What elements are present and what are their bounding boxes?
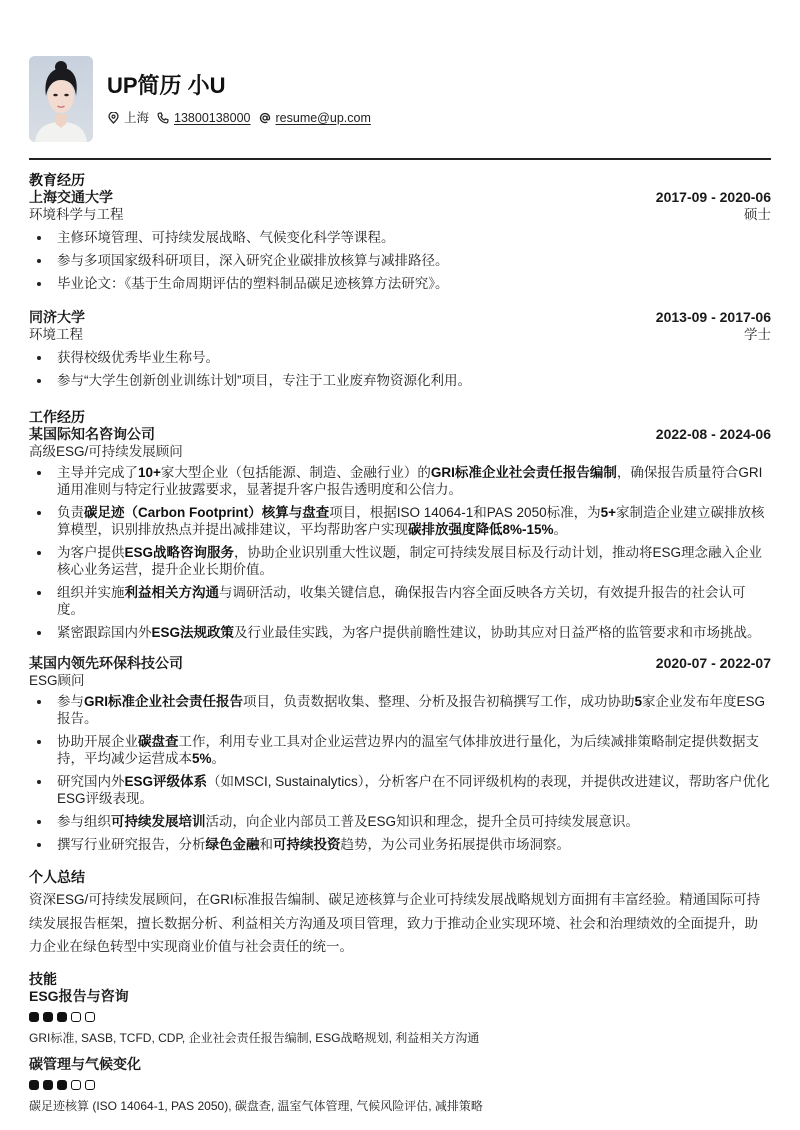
bullet-item: 负责碳足迹（Carbon Footprint）核算与盘查项目，根据ISO 140… [29,504,771,538]
highlight-text: 碳排放强度降低8%-15% [408,522,554,537]
date-range: 2020-07 - 2022-07 [656,655,771,672]
filled-dot-icon [43,1012,53,1022]
school-name: 上海交通大学 [29,189,113,206]
education-entry: 上海交通大学 2017-09 - 2020-06 环境科学与工程 硕士 主修环境… [29,189,771,292]
email-link[interactable]: resume@up.com [276,110,371,127]
highlight-text: 可持续发展培训 [111,814,206,829]
bullet-item: 撰写行业研究报告，分析绿色金融和可持续投资趋势，为公司业务拓展提供市场洞察。 [29,836,771,853]
highlight-text: 10+ [138,465,161,480]
summary-text: 资深ESG/可持续发展顾问，在GRI标准报告编制、碳足迹核算与企业可持续发展战略… [29,888,771,959]
bullet-item: 参与组织可持续发展培训活动，向企业内部员工普及ESG知识和理念，提升全员可持续发… [29,813,771,830]
phone-link[interactable]: 13800138000 [174,110,250,127]
filled-dot-icon [57,1012,67,1022]
highlight-text: 碳盘查 [138,734,179,749]
bullet-item: 获得校级优秀毕业生称号。 [29,349,771,366]
resume-header: UP简历 小U 上海 13800138000 resume@up.com [29,56,379,142]
empty-dot-icon [71,1012,81,1022]
at-sign-icon [259,112,271,124]
major: 环境科学与工程 [29,206,124,223]
job-title: ESG顾问 [29,672,85,689]
skill-level-rating [29,1080,771,1092]
job-title: 高级ESG/可持续发展顾问 [29,443,183,460]
bullet-item: 协助开展企业碳盘查工作，利用专业工具对企业运营边界内的温室气体排放进行量化，为后… [29,733,771,767]
skill-item: 碳管理与气候变化 碳足迹核算 (ISO 14064-1, PAS 2050), … [29,1056,771,1114]
education-section: 教育经历 上海交通大学 2017-09 - 2020-06 环境科学与工程 硕士… [29,172,771,389]
bullet-item: 组织并实施利益相关方沟通与调研活动，收集关键信息，确保报告内容全面反映各方关切，… [29,584,771,618]
section-title: 技能 [29,971,771,988]
highlight-text: 5+ [601,505,616,520]
highlight-text: 利益相关方沟通 [125,585,220,600]
filled-dot-icon [29,1012,39,1022]
highlight-text: ESG法规政策 [152,625,235,640]
empty-dot-icon [85,1012,95,1022]
skill-item: ESG报告与咨询 GRI标准, SASB, TCFD, CDP, 企业社会责任报… [29,988,771,1046]
resume-body: 教育经历 上海交通大学 2017-09 - 2020-06 环境科学与工程 硕士… [29,172,771,1114]
company-name: 某国际知名咨询公司 [29,426,155,443]
work-section: 工作经历 某国际知名咨询公司 2022-08 - 2024-06 高级ESG/可… [29,409,771,853]
bullet-item: 主修环境管理、可持续发展战略、气候变化科学等课程。 [29,229,771,246]
bullet-item: 紧密跟踪国内外ESG法规政策及行业最佳实践，为客户提供前瞻性建议，协助其应对日益… [29,624,771,641]
highlight-text: 可持续投资 [273,837,341,852]
skill-name: ESG报告与咨询 [29,988,771,1005]
education-entry: 同济大学 2013-09 - 2017-06 环境工程 学士 获得校级优秀毕业生… [29,309,771,389]
date-range: 2022-08 - 2024-06 [656,426,771,443]
contact-email: resume@up.com [259,110,371,127]
contact-phone: 13800138000 [157,110,250,127]
contact-info: 上海 13800138000 resume@up.com [107,110,379,127]
school-name: 同济大学 [29,309,85,326]
bullet-item: 参与多项国家级科研项目，深入研究企业碳排放核算与减排路径。 [29,252,771,269]
bullet-item: 研究国内外ESG评级体系（如MSCI, Sustainalytics），分析客户… [29,773,771,807]
bullet-item: 主导并完成了10+家大型企业（包括能源、制造、金融行业）的GRI标准企业社会责任… [29,464,771,498]
highlight-text: ESG战略咨询服务 [125,545,235,560]
skill-name: 碳管理与气候变化 [29,1056,771,1073]
section-title: 工作经历 [29,409,771,426]
phone-icon [157,112,169,124]
highlight-text: 绿色金融 [206,837,260,852]
major: 环境工程 [29,326,83,343]
company-name: 某国内领先环保科技公司 [29,655,183,672]
profile-photo [29,56,93,142]
filled-dot-icon [43,1080,53,1090]
empty-dot-icon [71,1080,81,1090]
skill-description: 碳足迹核算 (ISO 14064-1, PAS 2050), 碳盘查, 温室气体… [29,1098,771,1114]
candidate-name: UP简历 小U [107,72,379,100]
bullet-item: 参与GRI标准企业社会责任报告项目，负责数据收集、整理、分析及报告初稿撰写工作，… [29,693,771,727]
bullet-item: 参与“大学生创新创业训练计划”项目，专注于工业废弃物资源化利用。 [29,372,771,389]
summary-section: 个人总结 资深ESG/可持续发展顾问，在GRI标准报告编制、碳足迹核算与企业可持… [29,869,771,959]
filled-dot-icon [29,1080,39,1090]
degree: 硕士 [744,206,771,223]
highlight-text: GRI标准企业社会责任报告 [84,694,243,709]
empty-dot-icon [85,1080,95,1090]
work-entry: 某国内领先环保科技公司 2020-07 - 2022-07 ESG顾问 参与GR… [29,655,771,853]
degree: 学士 [744,326,771,343]
location-text: 上海 [124,110,149,127]
filled-dot-icon [57,1080,67,1090]
highlight-text: GRI标准企业社会责任报告编制 [431,465,617,480]
highlight-text: 5% [192,751,212,766]
bullet-item: 为客户提供ESG战略咨询服务，协助企业识别重大性议题，制定可持续发展目标及行动计… [29,544,771,578]
contact-location: 上海 [107,110,149,127]
highlight-text: 5 [635,694,643,709]
map-pin-icon [107,112,119,124]
section-title: 个人总结 [29,869,771,886]
date-range: 2013-09 - 2017-06 [656,309,771,326]
date-range: 2017-09 - 2020-06 [656,189,771,206]
header-divider [29,158,771,160]
skill-description: GRI标准, SASB, TCFD, CDP, 企业社会责任报告编制, ESG战… [29,1030,771,1046]
section-title: 教育经历 [29,172,771,189]
highlight-text: 碳足迹（Carbon Footprint）核算与盘查 [84,505,329,520]
bullet-item: 毕业论文：《基于生命周期评估的塑料制品碳足迹核算方法研究》。 [29,275,771,292]
work-entry: 某国际知名咨询公司 2022-08 - 2024-06 高级ESG/可持续发展顾… [29,426,771,641]
skills-section: 技能 ESG报告与咨询 GRI标准, SASB, TCFD, CDP, 企业社会… [29,971,771,1114]
highlight-text: ESG评级体系 [125,774,208,789]
skill-level-rating [29,1012,771,1024]
